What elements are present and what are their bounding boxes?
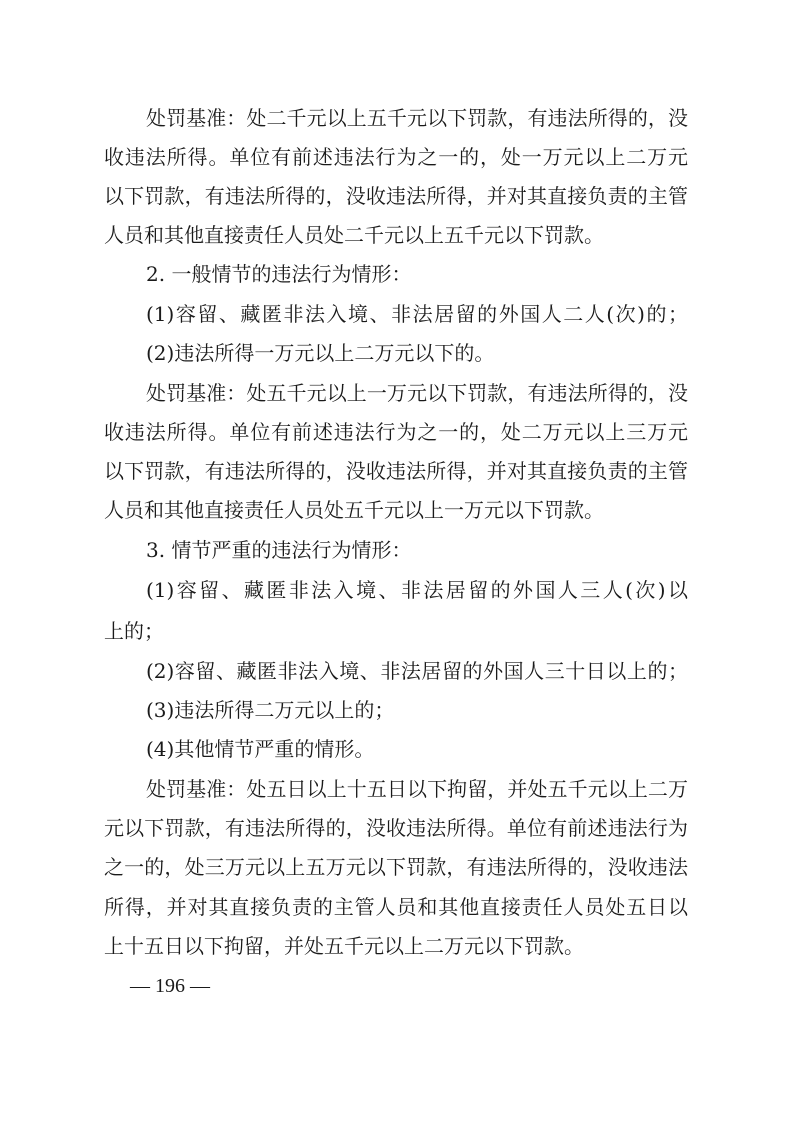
text-line: 收违法所得。单位有前述违法行为之一的，处二万元以上三万元 <box>104 420 688 444</box>
text-line: 人员和其他直接责任人员处五千元以上一万元以下罚款。 <box>104 498 688 522</box>
text-line: 处罚基准：处五日以上十五日以下拘留，并处五千元以上二万 <box>146 777 688 801</box>
text-line: 以下罚款，有违法所得的，没收违法所得，并对其直接负责的主管 <box>104 184 688 208</box>
text-line: (1)容留、藏匿非法入境、非法居留的外国人三人(次)以 <box>146 578 688 602</box>
list-item: (1)容留、藏匿非法入境、非法居留的外国人二人(次)的； <box>146 302 688 326</box>
list-item: (2)容留、藏匿非法入境、非法居留的外国人三十日以上的； <box>146 659 688 683</box>
text-line: 以下罚款，有违法所得的，没收违法所得，并对其直接负责的主管 <box>104 459 688 483</box>
text-line: 上的； <box>104 619 688 643</box>
text-line: 处罚基准：处五千元以上一万元以下罚款，有违法所得的，没 <box>146 381 688 405</box>
text-line: 所得，并对其直接负责的主管人员和其他直接责任人员处五日以 <box>104 895 688 919</box>
text-line: 收违法所得。单位有前述违法行为之一的，处一万元以上二万元 <box>104 145 688 169</box>
page-number: — 196 — <box>130 974 210 998</box>
list-item: (2)违法所得一万元以上二万元以下的。 <box>146 341 688 365</box>
document-page: 处罚基准：处二千元以上五千元以下罚款，有违法所得的，没 收违法所得。单位有前述违… <box>0 0 793 1122</box>
list-item: (4)其他情节严重的情形。 <box>146 737 688 761</box>
section-heading-general: 2. 一般情节的违法行为情形： <box>146 262 688 286</box>
section-heading-serious: 3. 情节严重的违法行为情形： <box>146 538 688 562</box>
text-line: 元以下罚款，有违法所得的，没收违法所得。单位有前述违法行为 <box>104 816 688 840</box>
list-item: (3)违法所得二万元以上的； <box>146 698 688 722</box>
text-line: 处罚基准：处二千元以上五千元以下罚款，有违法所得的，没 <box>146 106 688 130</box>
text-line: 上十五日以下拘留，并处五千元以上二万元以下罚款。 <box>104 934 688 958</box>
text-line: 人员和其他直接责任人员处二千元以上五千元以下罚款。 <box>104 223 688 247</box>
text-line: 之一的，处三万元以上五万元以下罚款，有违法所得的，没收违法 <box>104 855 688 879</box>
